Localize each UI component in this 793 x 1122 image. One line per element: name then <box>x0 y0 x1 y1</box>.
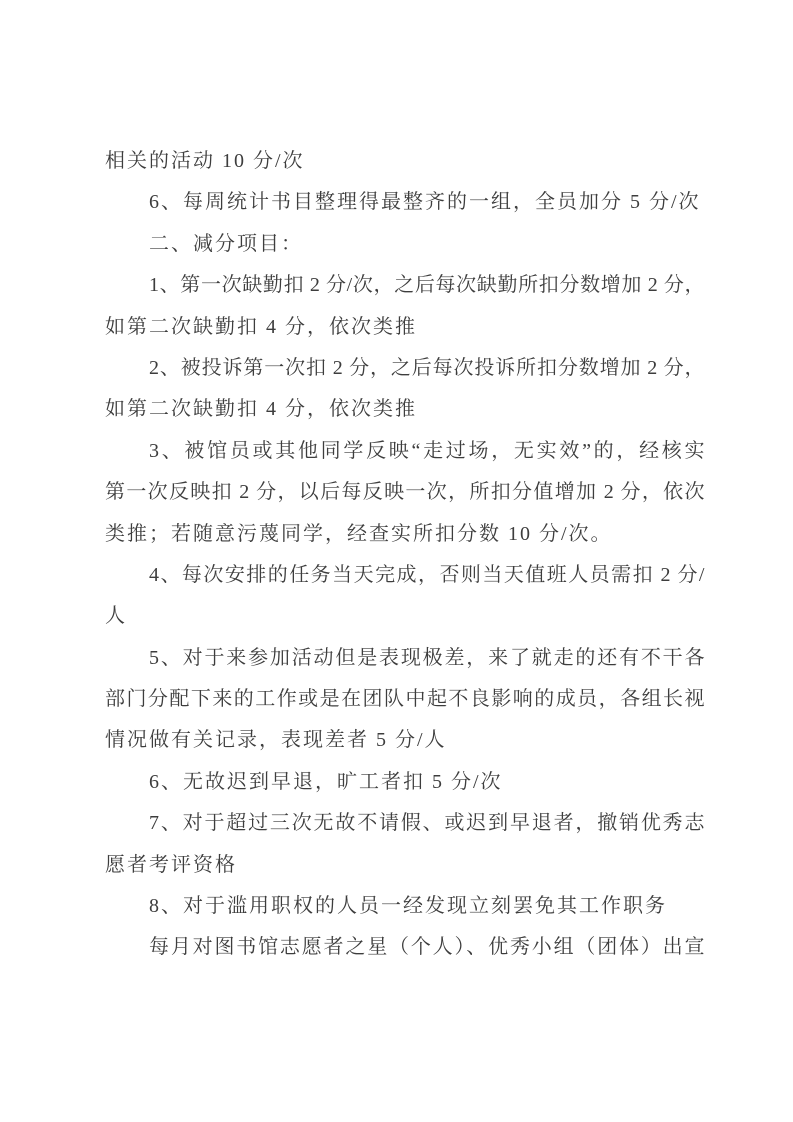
text-line: 2、被投诉第一次扣 2 分，之后每次投诉所扣分数增加 2 分， <box>105 348 705 389</box>
text-line: 1、第一次缺勤扣 2 分/次，之后每次缺勤所扣分数增加 2 分， <box>105 265 705 306</box>
text-line: 愿者考评资格 <box>105 845 705 886</box>
text-line: 二、减分项目： <box>105 224 705 265</box>
text-line: 情况做有关记录，表现差者 5 分/人 <box>105 720 705 761</box>
text-line: 如第二次缺勤扣 4 分，依次类推 <box>105 389 705 430</box>
text-line: 7、对于超过三次无故不请假、或迟到早退者，撤销优秀志 <box>105 803 705 844</box>
text-line: 部门分配下来的工作或是在团队中起不良影响的成员，各组长视 <box>105 679 705 720</box>
text-line: 3、被馆员或其他同学反映“走过场，无实效”的，经核实 <box>105 431 705 472</box>
document-text-block: 相关的活动 10 分/次 6、每周统计书目整理得最整齐的一组，全员加分 5 分/… <box>105 141 705 969</box>
text-line: 4、每次安排的任务当天完成，否则当天值班人员需扣 2 分/ <box>105 555 705 596</box>
text-line: 6、无故迟到早退，旷工者扣 5 分/次 <box>105 762 705 803</box>
text-line: 8、对于滥用职权的人员一经发现立刻罢免其工作职务 <box>105 886 705 927</box>
document-page: 相关的活动 10 分/次 6、每周统计书目整理得最整齐的一组，全员加分 5 分/… <box>0 0 793 1122</box>
text-line: 相关的活动 10 分/次 <box>105 141 705 182</box>
text-line: 每月对图书馆志愿者之星（个人）、优秀小组（团体）出宣 <box>105 927 705 968</box>
text-line: 类推；若随意污蔑同学，经查实所扣分数 10 分/次。 <box>105 514 705 555</box>
text-line: 人 <box>105 596 705 637</box>
text-line: 第一次反映扣 2 分，以后每反映一次，所扣分值增加 2 分，依次 <box>105 472 705 513</box>
text-line: 5、对于来参加活动但是表现极差，来了就走的还有不干各 <box>105 638 705 679</box>
text-line: 6、每周统计书目整理得最整齐的一组，全员加分 5 分/次 <box>105 182 705 223</box>
text-line: 如第二次缺勤扣 4 分，依次类推 <box>105 307 705 348</box>
